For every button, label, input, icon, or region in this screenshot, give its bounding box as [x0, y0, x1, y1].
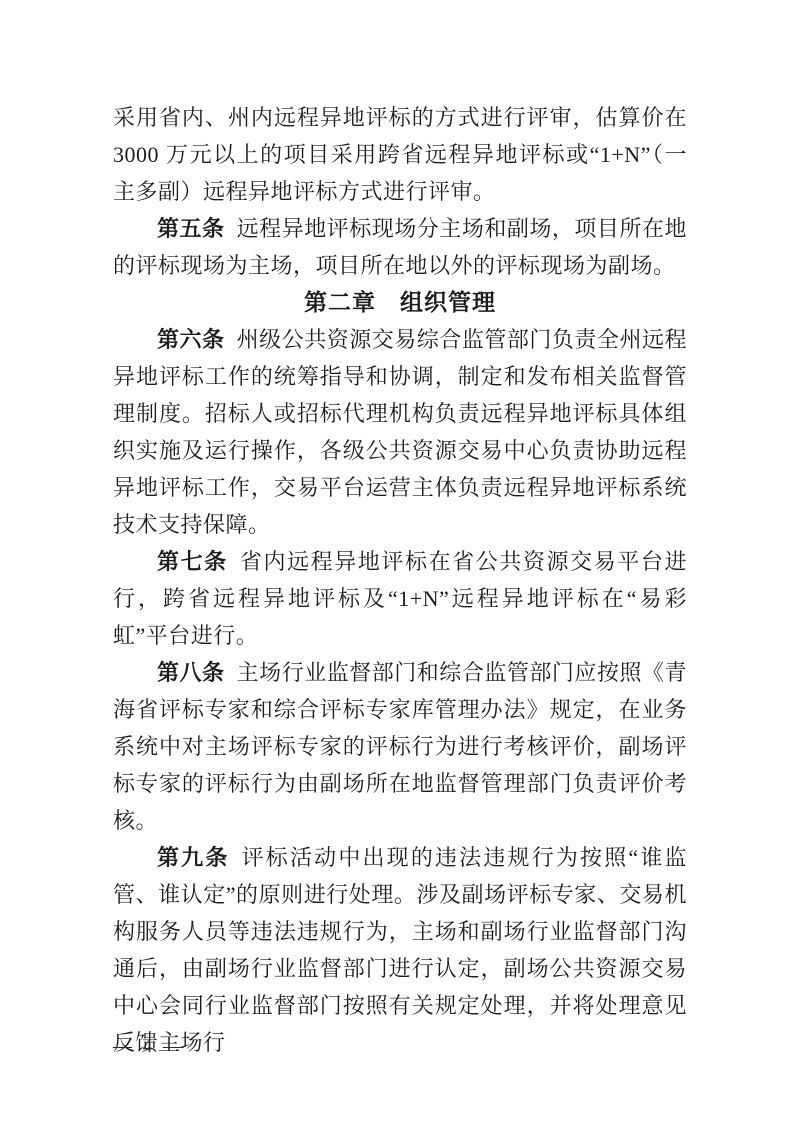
article-9-paragraph: 第九条评标活动中出现的违法违规行为按照“谁监管、谁认定”的原则进行处理。涉及副场…: [113, 839, 687, 1061]
document-page: 采用省内、州内远程异地评标的方式进行评审，估算价在 3000 万元以上的项目采用…: [0, 0, 793, 1122]
article-5-paragraph: 第五条远程异地评标现场分主场和副场，项目所在地的评标现场为主场，项目所在地以外的…: [113, 210, 687, 284]
article-5-number-label: 第五条: [157, 216, 225, 241]
article-9-text: 评标活动中出现的违法违规行为按照“谁监管、谁认定”的原则进行处理。涉及副场评标专…: [113, 845, 687, 1055]
article-6-number-label: 第六条: [157, 327, 225, 352]
chapter-2-heading: 第二章 组织管理: [113, 284, 687, 321]
article-6-paragraph: 第六条州级公共资源交易综合监管部门负责全州远程异地评标工作的统筹指导和协调，制定…: [113, 321, 687, 543]
article-8-text: 主场行业监督部门和综合监管部门应按照《青海省评标专家和综合评标专家库管理办法》规…: [113, 660, 687, 833]
article-6-text: 州级公共资源交易综合监管部门负责全州远程异地评标工作的统筹指导和协调，制定和发布…: [113, 327, 687, 537]
document-body: 采用省内、州内远程异地评标的方式进行评审，估算价在 3000 万元以上的项目采用…: [113, 99, 687, 1061]
page-number: — 4 —: [113, 1036, 185, 1058]
article-8-number-label: 第八条: [157, 660, 225, 685]
article-9-number-label: 第九条: [157, 845, 230, 870]
article-8-paragraph: 第八条主场行业监督部门和综合监管部门应按照《青海省评标专家和综合评标专家库管理办…: [113, 654, 687, 839]
article-7-number-label: 第七条: [157, 549, 228, 574]
intro-paragraph: 采用省内、州内远程异地评标的方式进行评审，估算价在 3000 万元以上的项目采用…: [113, 99, 687, 210]
article-7-paragraph: 第七条省内远程异地评标在省公共资源交易平台进行，跨省远程异地评标及“1+N”远程…: [113, 543, 687, 654]
